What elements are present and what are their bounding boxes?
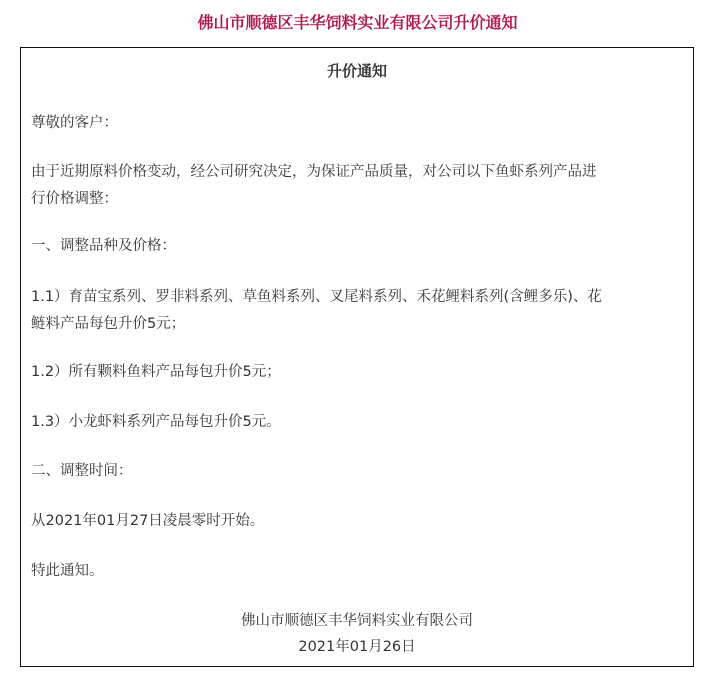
- item-1-3: 1.3）小龙虾料系列产品每包升价5元。: [31, 409, 679, 436]
- item-1-2: 1.2）所有颗料鱼料产品每包升价5元；: [31, 359, 679, 386]
- notice-box: 升价通知 尊敬的客户： 由于近期原料价格变动，经公司研究决定，为保证产品质量，对…: [20, 47, 694, 667]
- section-2-title: 二、调整时间：: [31, 458, 679, 485]
- intro-line-1: 由于近期原料价格变动，经公司研究决定，为保证产品质量，对公司以下鱼虾系列产品进: [31, 159, 679, 186]
- effective-time: 从2021年01月27日凌晨零时开始。: [31, 508, 679, 535]
- section-1-title: 一、调整品种及价格：: [31, 233, 679, 260]
- signature-company: 佛山市顺德区丰华饲料实业有限公司: [21, 608, 693, 635]
- item-1-1-line-1: 1.1）育苗宝系列、罗非料系列、草鱼料系列、叉尾料系列、禾花鲤料系列(含鲤多乐)…: [31, 284, 679, 311]
- notice-heading: 升价通知: [21, 59, 693, 83]
- item-1-1-line-2: 鲢料产品每包升价5元；: [31, 311, 679, 338]
- closing: 特此通知。: [31, 558, 679, 585]
- greeting: 尊敬的客户：: [31, 110, 679, 137]
- document-title: 佛山市顺德区丰华饲料实业有限公司升价通知: [0, 10, 715, 36]
- signature-date: 2021年01月26日: [21, 634, 693, 661]
- intro-line-2: 行价格调整：: [31, 186, 679, 213]
